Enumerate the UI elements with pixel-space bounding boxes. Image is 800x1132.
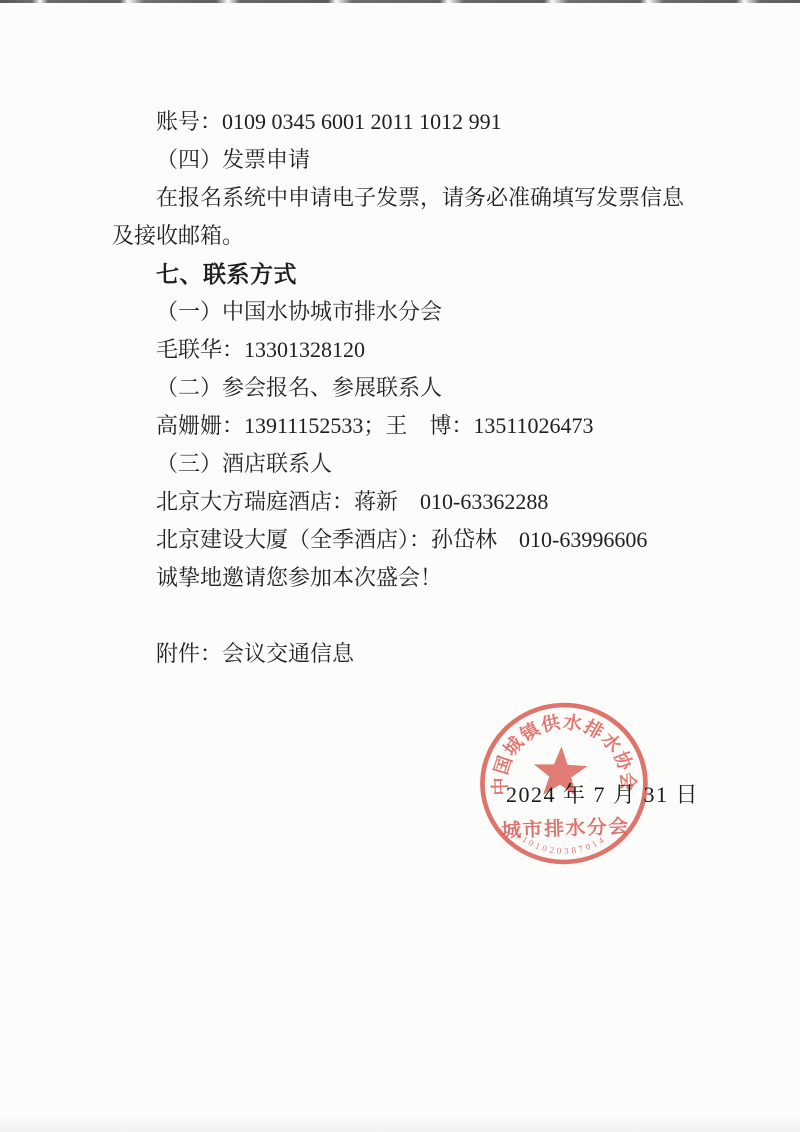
line-registration-contacts: 高姗姗：13911152533；王 博：13511026473 xyxy=(112,407,690,445)
scan-artifact-top-edge xyxy=(0,0,800,4)
seal-star-icon xyxy=(533,746,588,797)
line-hotel-contact-2: 北京建设大厦（全季酒店）：孙岱林 010-63996606 xyxy=(112,521,690,559)
line-invoice-instruction-2: 及接收邮箱。 xyxy=(112,217,690,255)
line-contact-heading: 七、联系方式 xyxy=(112,255,690,293)
line-invitation-closing: 诚挚地邀请您参加本次盛会！ xyxy=(112,559,690,597)
line-registration-subheading: （二）参会报名、参展联系人 xyxy=(112,369,690,407)
line-invoice-instruction-1: 在报名系统中申请电子发票，请务必准确填写发票信息 xyxy=(112,179,690,217)
line-contact-org: （一）中国水协城市排水分会 xyxy=(112,293,690,331)
line-attachment-note: 附件：会议交通信息 xyxy=(112,635,690,673)
official-seal: 中国城镇供水排水协会 城市排水分会 1101020387014 xyxy=(467,692,661,879)
line-invoice-subheading: （四）发票申请 xyxy=(112,141,690,179)
line-account-number: 账号：0109 0345 6001 2011 1012 991 xyxy=(112,103,690,141)
document-body: 账号：0109 0345 6001 2011 1012 991 （四）发票申请 … xyxy=(112,103,690,673)
scan-artifact-bottom-edge xyxy=(0,1114,800,1132)
line-hotel-subheading: （三）酒店联系人 xyxy=(112,445,690,483)
document-page: 账号：0109 0345 6001 2011 1012 991 （四）发票申请 … xyxy=(0,0,800,1132)
line-contact-person-1: 毛联华：13301328120 xyxy=(112,331,690,369)
line-hotel-contact-1: 北京大方瑞庭酒店：蒋新 010-63362288 xyxy=(112,483,690,521)
